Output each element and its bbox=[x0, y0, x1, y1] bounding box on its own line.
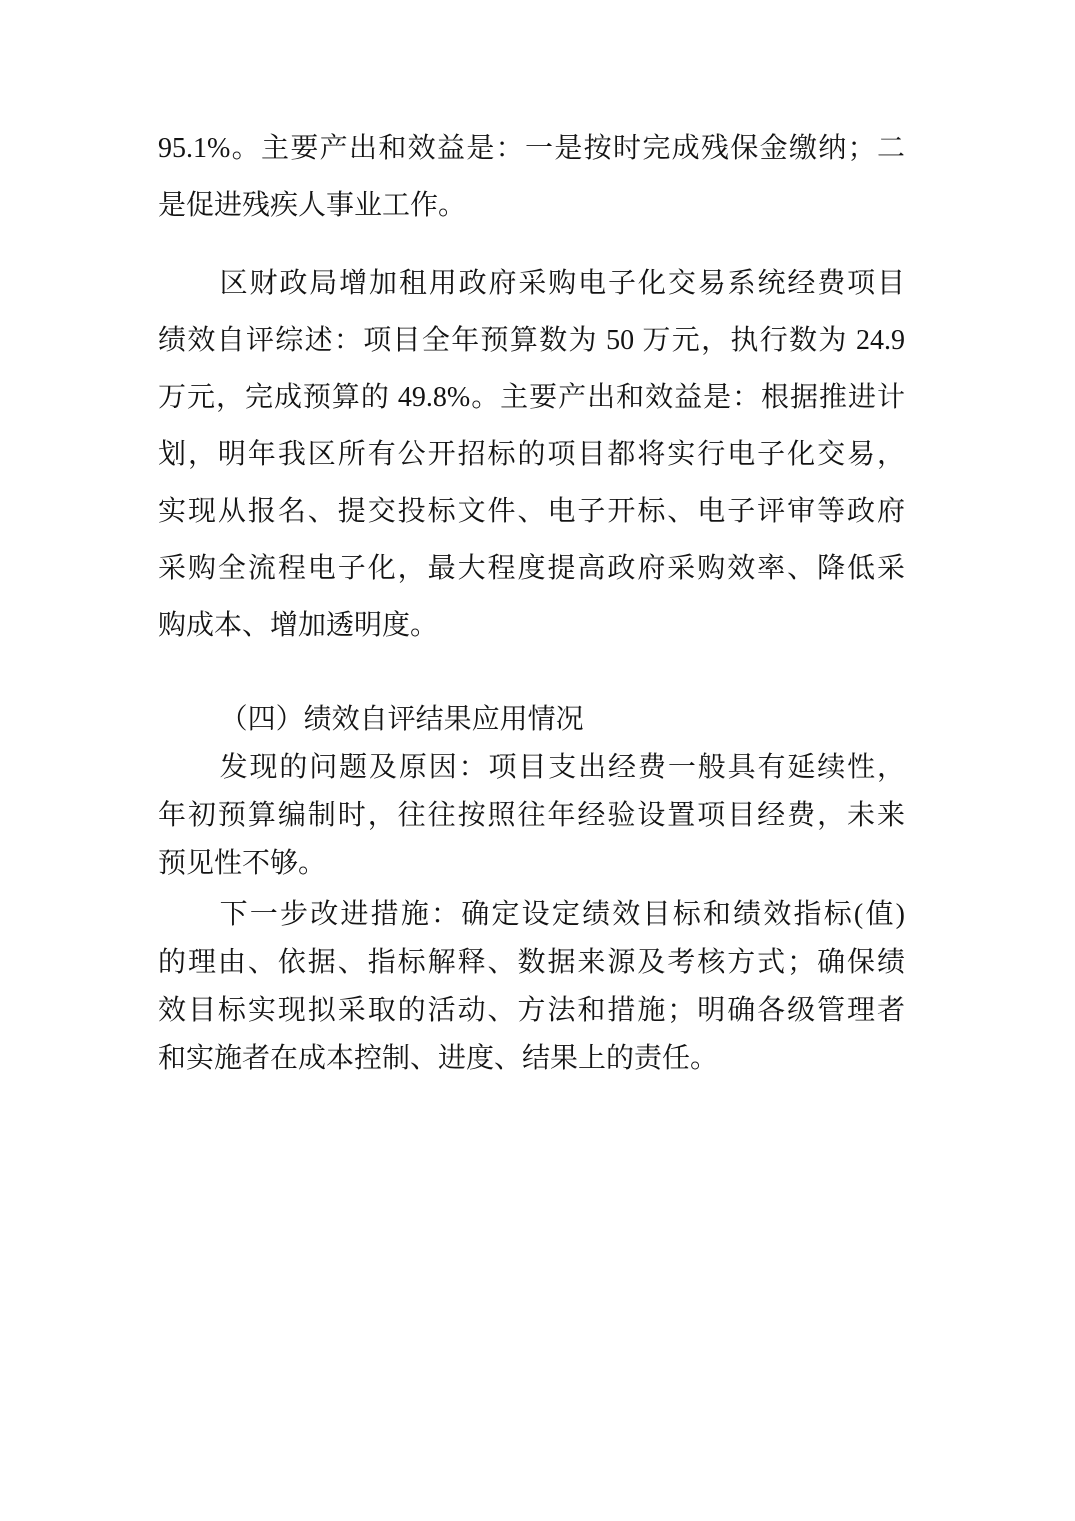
text-line: 下一步改进措施：确定设定绩效目标和绩效指标(值) bbox=[158, 891, 905, 939]
text-line: 采购全流程电子化，最大程度提高政府采购效率、降低采 bbox=[158, 540, 905, 597]
text-line: 的理由、依据、指标解释、数据来源及考核方式；确保绩 bbox=[158, 939, 905, 987]
text-line: 年初预算编制时，往往按照往年经验设置项目经费，未来 bbox=[158, 792, 905, 840]
text-line: 划，明年我区所有公开招标的项目都将实行电子化交易， bbox=[158, 426, 905, 483]
text-line: 购成本、增加透明度。 bbox=[158, 597, 905, 654]
para-problems-and-causes: 发现的问题及原因：项目支出经费一般具有延续性，年初预算编制时，往往按照往年经验设… bbox=[158, 744, 905, 888]
text-line: 是促进残疾人事业工作。 bbox=[158, 177, 905, 234]
text-line: 实现从报名、提交投标文件、电子开标、电子评审等政府 bbox=[158, 483, 905, 540]
text-line: 区财政局增加租用政府采购电子化交易系统经费项目 bbox=[158, 255, 905, 312]
document-body-text: 95.1%。主要产出和效益是：一是按时完成残保金缴纳；二是促进残疾人事业工作。 … bbox=[158, 120, 905, 1083]
text-line: 绩效自评综述：项目全年预算数为 50 万元，执行数为 24.9 bbox=[158, 312, 905, 369]
text-line: 效目标实现拟采取的活动、方法和措施；明确各级管理者 bbox=[158, 987, 905, 1035]
para-eprocurement-self-evaluation: 区财政局增加租用政府采购电子化交易系统经费项目绩效自评综述：项目全年预算数为 5… bbox=[158, 255, 905, 654]
text-line: 万元，完成预算的 49.8%。主要产出和效益是：根据推进计 bbox=[158, 369, 905, 426]
text-line: （四）绩效自评结果应用情况 bbox=[158, 696, 905, 744]
document-page: 95.1%。主要产出和效益是：一是按时完成残保金缴纳；二是促进残疾人事业工作。 … bbox=[0, 0, 1075, 1521]
text-line: 预见性不够。 bbox=[158, 840, 905, 888]
para-disability-fund-benefits: 95.1%。主要产出和效益是：一是按时完成残保金缴纳；二是促进残疾人事业工作。 bbox=[158, 120, 905, 234]
text-line: 和实施者在成本控制、进度、结果上的责任。 bbox=[158, 1035, 905, 1083]
para-improvement-measures: 下一步改进措施：确定设定绩效目标和绩效指标(值)的理由、依据、指标解释、数据来源… bbox=[158, 891, 905, 1083]
text-line: 发现的问题及原因：项目支出经费一般具有延续性， bbox=[158, 744, 905, 792]
text-line: 95.1%。主要产出和效益是：一是按时完成残保金缴纳；二 bbox=[158, 120, 905, 177]
heading-section-4-result-application: （四）绩效自评结果应用情况 bbox=[158, 696, 905, 744]
